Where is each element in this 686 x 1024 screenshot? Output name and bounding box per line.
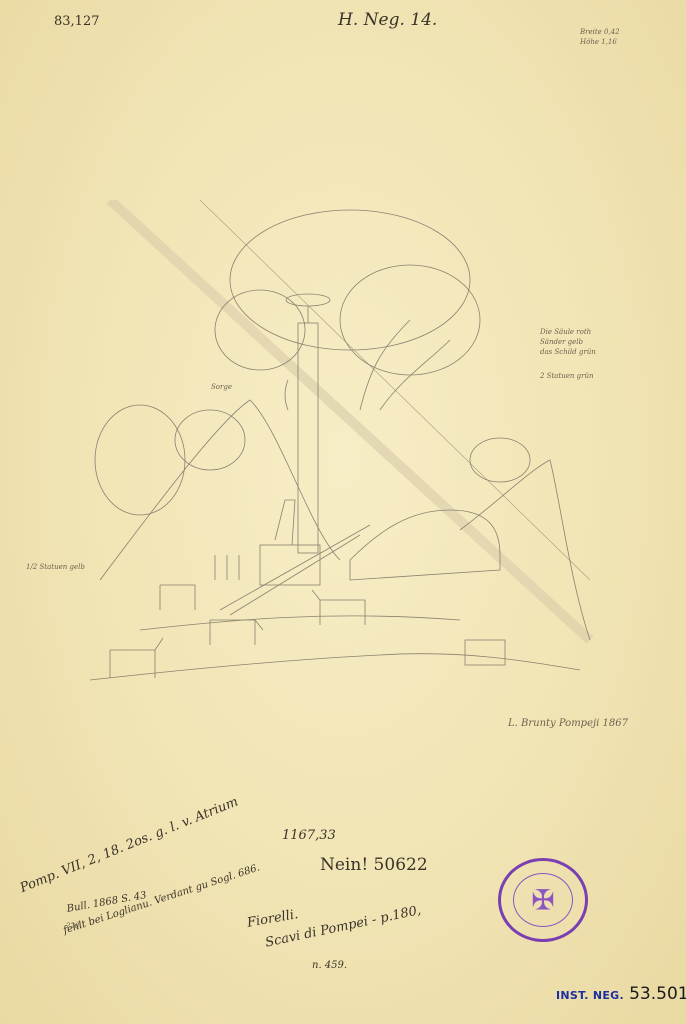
inst-neg-number: 53.501 <box>629 984 686 1004</box>
tree-canopy <box>95 210 530 515</box>
inst-neg-label: INST. NEG. <box>556 989 624 1002</box>
nein-note: Nein! 50622 <box>320 855 428 875</box>
negative-number-stamp: INST. NEG. 53.501 <box>556 984 686 1004</box>
dimension-width: Breite 0,42 <box>580 28 620 36</box>
inventory-number: 83,127 <box>54 14 100 29</box>
eagle-crest-icon: ✠ <box>531 884 554 917</box>
pencil-sketch <box>80 200 600 700</box>
artist-signature: L. Brunty Pompeji 1867 <box>508 718 628 729</box>
scanned-sheet: 83,127 H. Neg. 14. Breite 0,42 Höhe 1,16… <box>0 0 686 1024</box>
small-ref-number: 228 <box>66 922 79 930</box>
left-note: 1/2 Statuen gelb <box>26 563 85 571</box>
catalog-number: 1167,33 <box>282 828 336 843</box>
column <box>285 294 330 553</box>
negative-label: H. Neg. 14. <box>338 10 437 30</box>
item-number: n. 459. <box>312 960 347 971</box>
fiorelli-ref: Fiorelli. <box>246 907 299 931</box>
institute-stamp: ✠ <box>498 858 588 942</box>
dimension-height: Höhe 1,16 <box>580 38 617 46</box>
goats <box>110 585 365 678</box>
